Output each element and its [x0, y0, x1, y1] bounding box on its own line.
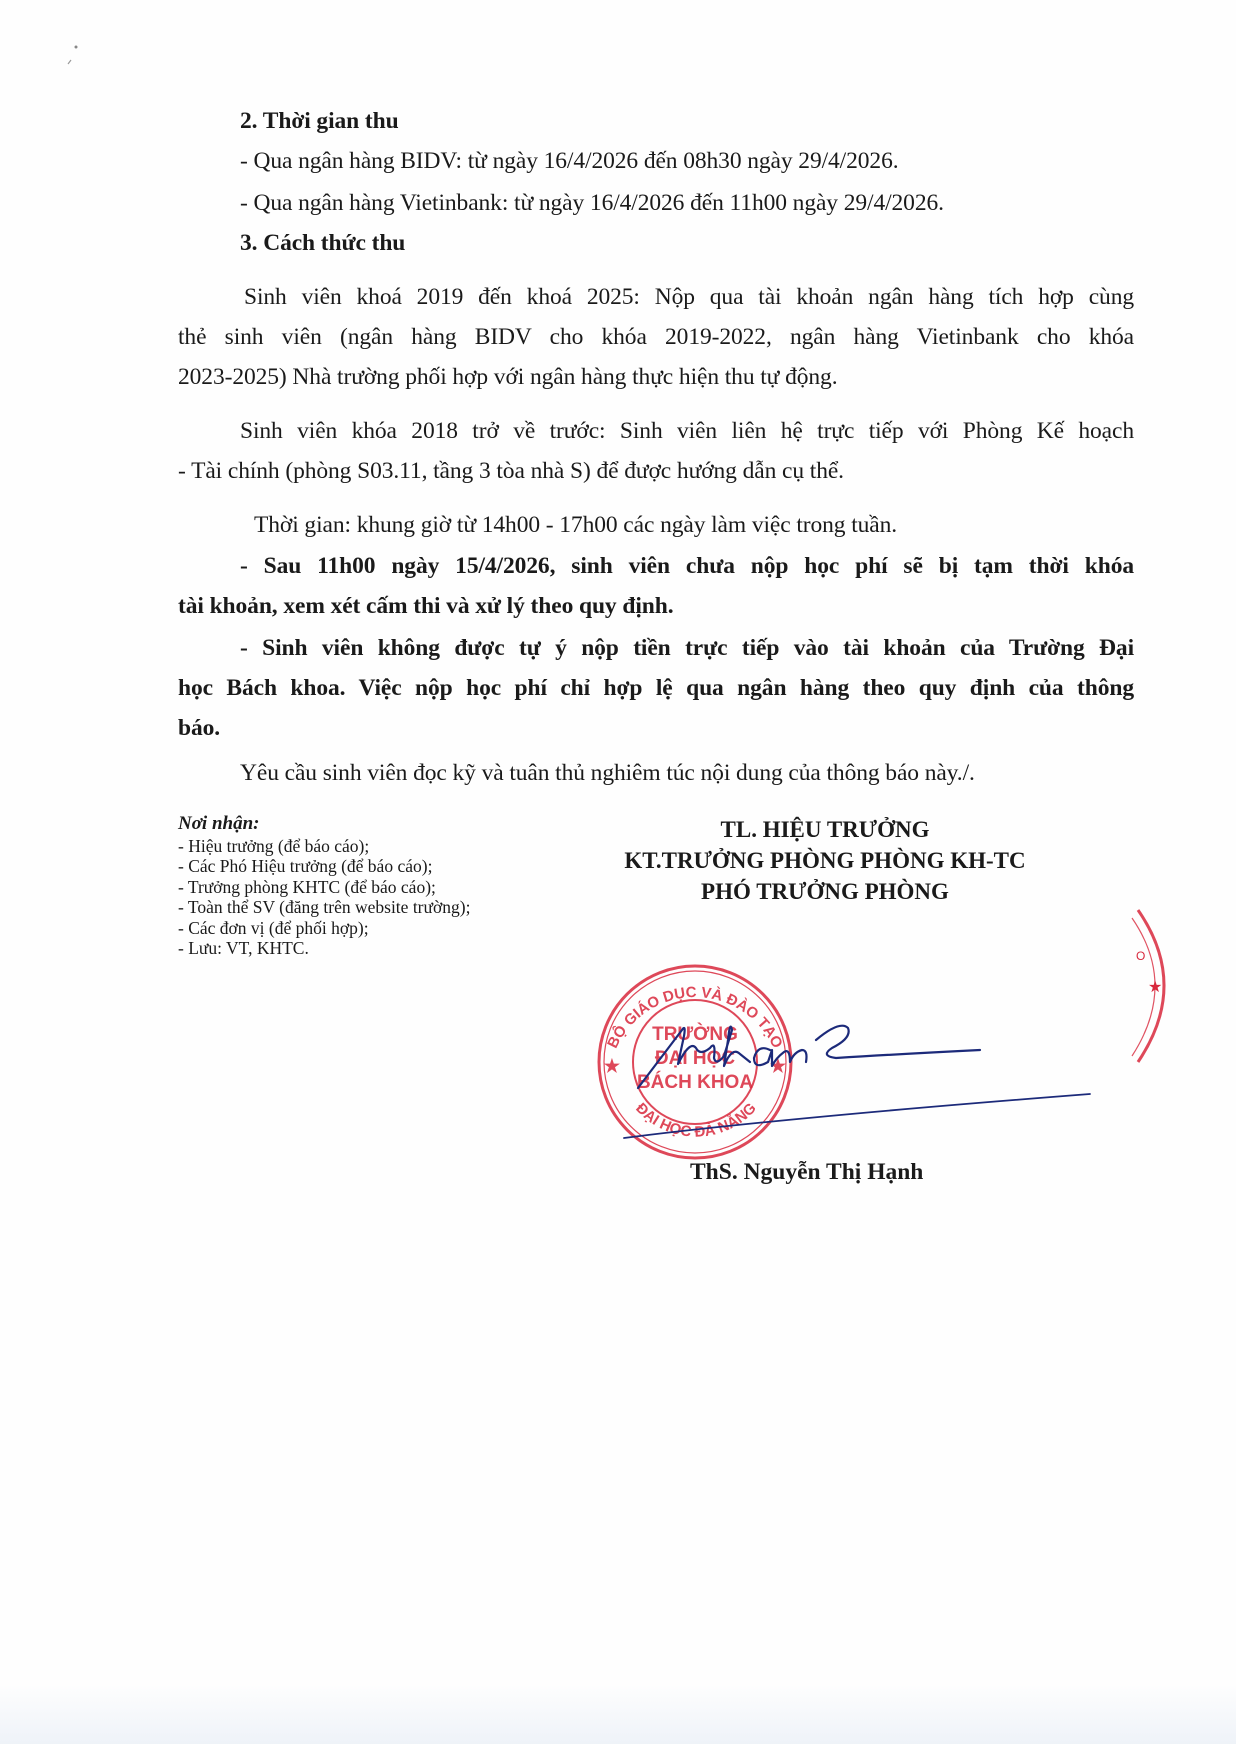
section-heading-method: 3. Cách thức thu — [240, 230, 405, 257]
signer-title-line: PHÓ TRƯỞNG PHÒNG — [560, 876, 1090, 907]
recipients-title: Nơi nhận: — [178, 814, 470, 835]
signer-name: ThS. Nguyễn Thị Hạnh — [690, 1159, 923, 1186]
warning-lock-line2: tài khoản, xem xét cấm thi và xử lý theo… — [178, 593, 673, 620]
warning-lock-line1: - Sau 11h00 ngày 15/4/2026, sinh viên ch… — [240, 553, 1134, 580]
recipients-block: Nơi nhận: - Hiệu trưởng (để báo cáo); - … — [178, 814, 470, 959]
scan-shadow — [0, 1684, 1236, 1744]
office-hours: Thời gian: khung giờ từ 14h00 - 17h00 cá… — [254, 512, 897, 539]
recipient-item: - Hiệu trưởng (để báo cáo); — [178, 836, 470, 857]
star-icon: ★ — [604, 1056, 621, 1076]
partial-stamp-edge: ★ O — [1130, 900, 1190, 1070]
para-khoa-2019-2025-line2: thẻ sinh viên (ngân hàng BIDV cho khóa 2… — [178, 324, 1134, 351]
recipient-item: - Các đơn vị (để phối hợp); — [178, 918, 470, 939]
collection-time-vietinbank: - Qua ngân hàng Vietinbank: từ ngày 16/4… — [240, 190, 944, 217]
collection-time-bidv: - Qua ngân hàng BIDV: từ ngày 16/4/2026 … — [240, 148, 899, 175]
para-khoa-2019-2025-line1: Sinh viên khoá 2019 đến khoá 2025: Nộp q… — [244, 284, 1134, 311]
warning-direct-payment-line3: báo. — [178, 715, 220, 742]
warning-direct-payment-line2: học Bách khoa. Việc nộp học phí chỉ hợp … — [178, 675, 1134, 702]
recipient-item: - Trưởng phòng KHTC (để báo cáo); — [178, 877, 470, 898]
scan-artifact-marks — [40, 20, 80, 80]
warning-direct-payment-line1: - Sinh viên không được tự ý nộp tiền trự… — [240, 635, 1134, 662]
signer-title-line: TL. HIỆU TRƯỞNG — [560, 814, 1090, 845]
para-khoa-2018-line1: Sinh viên khóa 2018 trở về trước: Sinh v… — [240, 418, 1134, 445]
svg-text:O: O — [1136, 949, 1145, 963]
recipient-item: - Lưu: VT, KHTC. — [178, 938, 470, 959]
signer-title-line: KT.TRƯỞNG PHÒNG PHÒNG KH-TC — [560, 845, 1090, 876]
section-heading-time: 2. Thời gian thu — [240, 108, 399, 135]
handwritten-signature — [620, 1000, 1100, 1160]
closing-request: Yêu cầu sinh viên đọc kỹ và tuân thủ ngh… — [240, 760, 975, 787]
recipient-item: - Toàn thể SV (đăng trên website trường)… — [178, 897, 470, 918]
para-khoa-2018-line2: - Tài chính (phòng S03.11, tầng 3 tòa nh… — [178, 458, 844, 485]
star-icon: ★ — [1148, 979, 1162, 996]
para-khoa-2019-2025-line3: 2023-2025) Nhà trường phối hợp với ngân … — [178, 364, 837, 391]
signer-title-block: TL. HIỆU TRƯỞNG KT.TRƯỞNG PHÒNG PHÒNG KH… — [560, 814, 1090, 907]
recipient-item: - Các Phó Hiệu trưởng (để báo cáo); — [178, 856, 470, 877]
